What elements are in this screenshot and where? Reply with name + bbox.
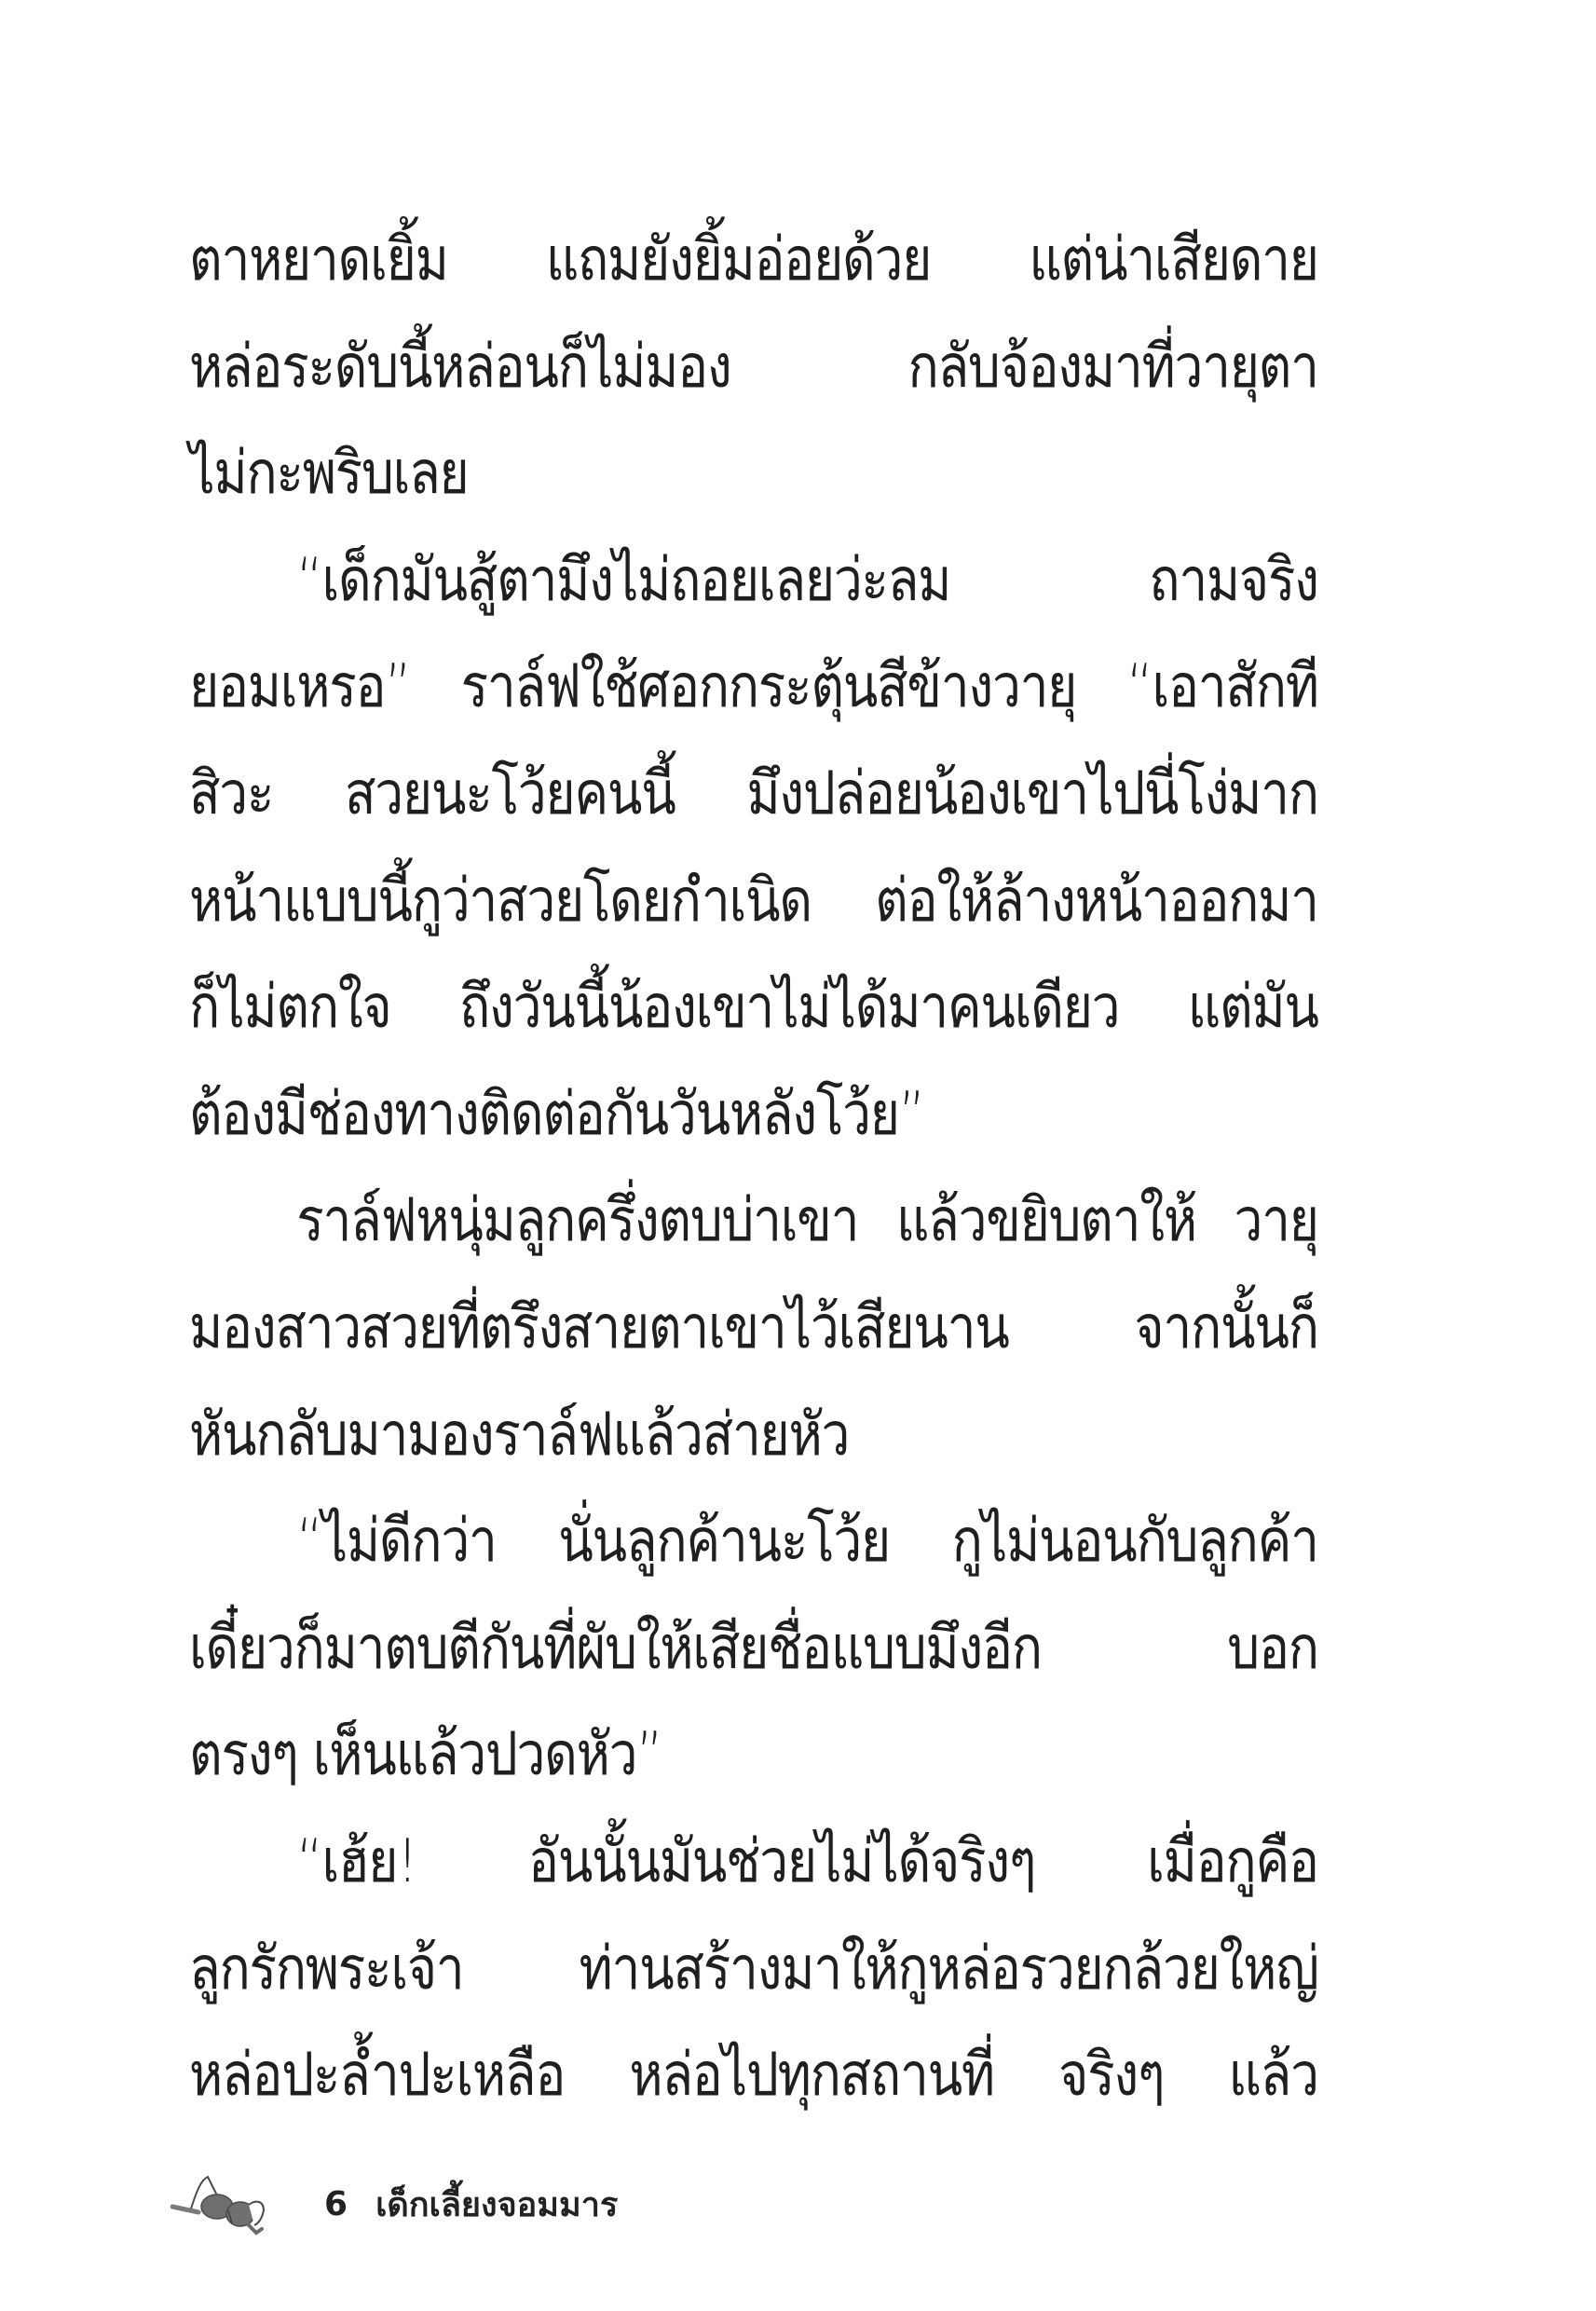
text-line-6: สิวะ สวยนะโว้ยคนนี้ มึงปล่อยน้องเขาไปนี่…	[189, 741, 1318, 848]
text-line-2: หล่อระดับนี้หล่อนก็ไม่มอง กลับจ้องมาที่ว…	[189, 314, 1318, 421]
page-footer: 6 เด็กเลี้ยงจอมมาร	[171, 2167, 618, 2241]
book-page: ตาหยาดเยิ้ม แถมยังยิ้มอ่อยด้วย แต่น่าเสี…	[0, 0, 1596, 2311]
text-line-12: หันกลับมามองราล์ฟแล้วส่ายหัว	[189, 1382, 1318, 1489]
body-text: ตาหยาดเยิ้ม แถมยังยิ้มอ่อยด้วย แต่น่าเสี…	[189, 207, 1318, 2129]
text-line-7: หน้าแบบนี้กูว่าสวยโดยกำเนิด ต่อให้ล้างหน…	[189, 848, 1318, 955]
text-line-17: ลูกรักพระเจ้า ท่านสร้างมาให้กูหล่อรวยกล้…	[189, 1916, 1318, 2023]
text-line-18: หล่อปะล้ำปะเหลือ หล่อไปทุกสถานที่ จริงๆ …	[189, 2022, 1318, 2129]
text-line-10: ราล์ฟหนุ่มลูกครึ่งตบบ่าเขา แล้วขยิบตาให้…	[189, 1168, 1318, 1275]
book-title: เด็กเลี้ยงจอมมาร	[375, 2178, 618, 2231]
text-line-14: เดี๋ยวก็มาตบตีกันที่ผับให้เสียชื่อแบบมึง…	[189, 1595, 1318, 1702]
text-line-16: “เฮ้ย! อันนั้นมันช่วยไม่ได้จริงๆ เมื่อกู…	[189, 1809, 1318, 1916]
page-number: 6	[324, 2185, 348, 2223]
text-line-5: ยอมเหรอ” ราล์ฟใช้ศอกกระตุ้นสีข้างวายุ “เ…	[189, 634, 1318, 741]
text-line-1: ตาหยาดเยิ้ม แถมยังยิ้มอ่อยด้วย แต่น่าเสี…	[189, 207, 1318, 314]
bra-illustration-icon	[171, 2171, 278, 2236]
text-line-3: ไม่กะพริบเลย	[189, 420, 1318, 527]
text-line-13: “ไม่ดีกว่า นั่นลูกค้านะโว้ย กูไม่นอนกับล…	[189, 1488, 1318, 1595]
text-line-9: ต้องมีช่องทางติดต่อกันวันหลังโว้ย”	[189, 1061, 1318, 1169]
text-line-11: มองสาวสวยที่ตรึงสายตาเขาไว้เสียนาน จากนั…	[189, 1275, 1318, 1382]
text-line-15: ตรงๆ เห็นแล้วปวดหัว”	[189, 1702, 1318, 1809]
text-line-8: ก็ไม่ตกใจ ถึงวันนี้น้องเขาไม่ได้มาคนเดีย…	[189, 954, 1318, 1061]
text-line-4: “เด็กมันสู้ตามึงไม่ถอยเลยว่ะลม ถามจริง	[189, 527, 1318, 635]
